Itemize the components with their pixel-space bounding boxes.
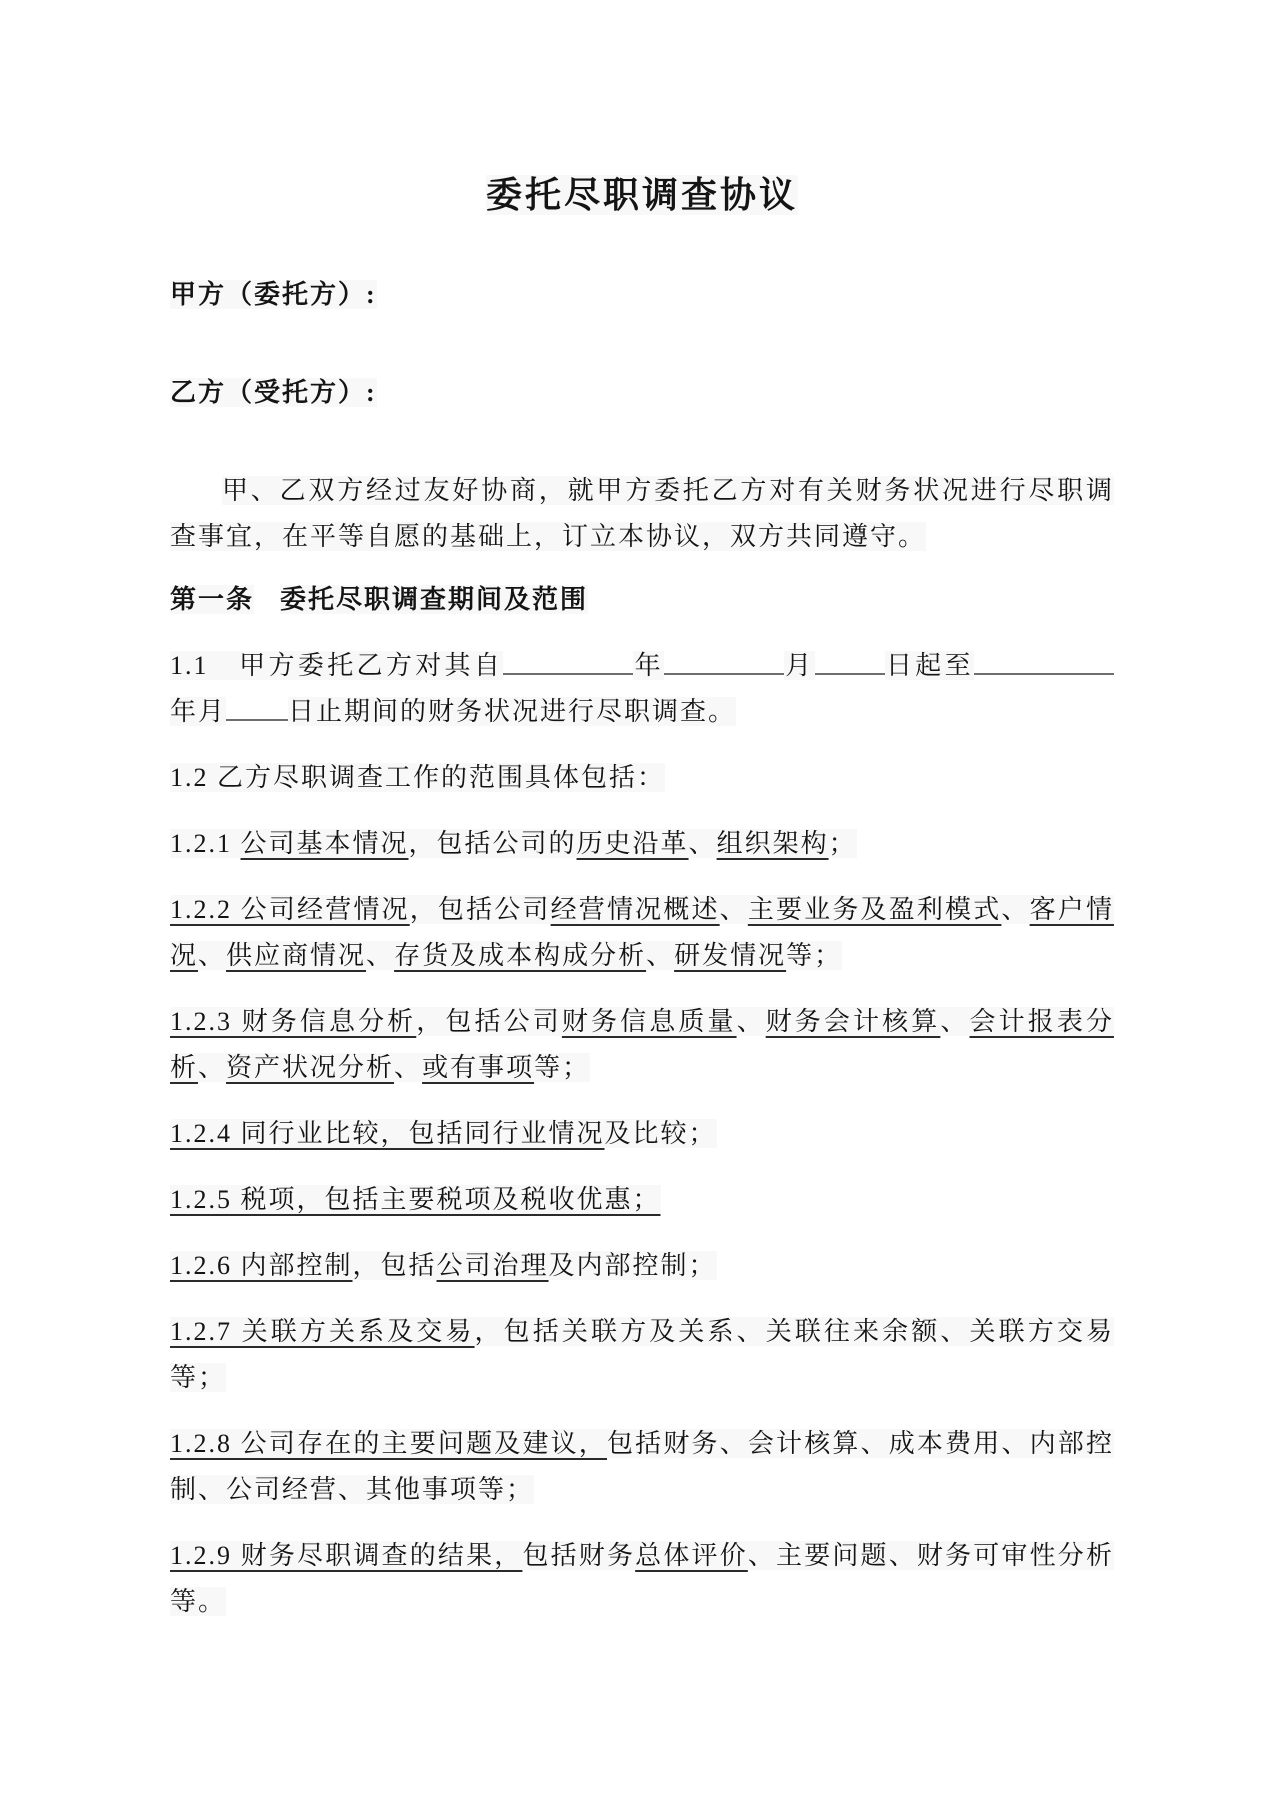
text-run: 、 [720,895,748,924]
underlined-text-run: 财务会计核算 [766,1007,941,1036]
fill-in-blank [226,689,288,721]
text-run: 、 [689,829,717,858]
clause-1-1: 1.1 甲方委托乙方对其自 年 月 日起至 年月 日止期间的财务状况进行尽职调查… [170,643,1114,735]
fill-in-blank [815,643,885,675]
text-run: 月 [784,651,815,680]
text-run: 年 [633,651,664,680]
clause-1-2-2: 1.2.2 公司经营情况，包括公司经营情况概述、主要业务及盈利模式、客户情况、供… [170,887,1114,979]
section-1-heading: 第一条委托尽职调查期间及范围 [170,577,1114,623]
party-b-text: 乙方（受托方）: [170,378,377,407]
text-run: ，包括公司 [416,1007,562,1036]
clause-1-2-9: 1.2.9 财务尽职调查的结果，包括财务总体评价、主要问题、财务可审性分析等。 [170,1533,1114,1625]
text-run: 等； [786,941,842,970]
text-run: 1.1 甲方委托乙方对其自 [170,651,503,680]
text-run: 、 [940,1007,969,1036]
underlined-text-run: 历史沿革 [577,829,689,858]
text-run: 、 [366,941,394,970]
document-page: 委托尽职调查协议 甲方（委托方）: 乙方（受托方）: 甲、乙双方经过友好协商，就… [0,0,1280,1811]
clause-1-2-4: 1.2.4 同行业比较，包括同行业情况及比较； [170,1111,1114,1157]
clause-1-2-6: 1.2.6 内部控制，包括公司治理及内部控制； [170,1243,1114,1289]
underlined-text-run: 1.2.7 关联方关系及交易 [170,1317,475,1346]
text-run: ，包括公司的 [409,829,577,858]
text-run: 等； [534,1053,590,1082]
text-run: 1.2.1 [170,829,241,858]
underlined-text-run: 1.2.4 同行业比较，包括同行业情况 [170,1119,605,1148]
text-run: 年月 [170,697,226,726]
text-run: ，包括公司 [410,895,551,924]
underlined-text-run: 研发情况 [674,941,786,970]
text-run: ； [829,829,857,858]
underlined-text-run: 组织架构 [717,829,829,858]
fill-in-blank [664,643,784,675]
underlined-text-run: 供应商情况 [226,941,366,970]
text-run: 日止期间的财务状况进行尽职调查。 [288,697,736,726]
text-run: ，包括 [353,1251,437,1280]
fill-in-blank [974,643,1114,675]
clause-1-2-3: 1.2.3 财务信息分析，包括公司财务信息质量、财务会计核算、会计报表分析、资产… [170,999,1114,1091]
text-run: 、 [198,941,226,970]
underlined-text-run: 总体评价 [635,1541,748,1570]
underlined-text-run: 资产状况分析 [226,1053,394,1082]
party-a-label: 甲方（委托方）: [170,272,1114,318]
party-a-text: 甲方（委托方）: [170,280,377,309]
text-run: 、 [394,1053,422,1082]
clause-1-2-7: 1.2.7 关联方关系及交易，包括关联方及关系、关联往来余额、关联方交易等； [170,1309,1114,1401]
text-run: 、 [646,941,674,970]
fill-in-blank [503,643,633,675]
underlined-text-run: 1.2.5 税项，包括主要税项及税收优惠； [170,1185,661,1214]
underlined-text-run: 或有事项 [422,1053,534,1082]
underlined-text-run: 1.2.3 财务信息分析 [170,1007,416,1036]
text-run: 、 [198,1053,226,1082]
page-title-text: 委托尽职调查协议 [486,175,798,215]
underlined-text-run: 公司治理 [437,1251,549,1280]
section-1-number: 第一条 [170,585,254,614]
text-run: 、 [1001,895,1029,924]
clause-1-2-intro: 1.2 乙方尽职调查工作的范围具体包括： [170,755,1114,801]
page-title: 委托尽职调查协议 [170,170,1114,220]
underlined-text-run: 1.2.2 公司经营情况 [170,895,410,924]
clause-1-2-intro-text: 1.2 乙方尽职调查工作的范围具体包括： [170,763,665,792]
underlined-text-run: 存货及成本构成分析 [394,941,646,970]
underlined-text-run: 1.2.9 财务尽职调查的结果， [170,1541,522,1570]
preamble-text: 甲、乙双方经过友好协商，就甲方委托乙方对有关财务状况进行尽职调查事宜，在平等自愿… [170,476,1114,551]
party-b-label: 乙方（受托方）: [170,370,1114,416]
text-run: 及比较； [605,1119,717,1148]
underlined-text-run: 经营情况概述 [551,895,720,924]
underlined-text-run: 公司基本情况 [241,829,409,858]
text-run: 日起至 [885,651,974,680]
clause-1-2-8: 1.2.8 公司存在的主要问题及建议，包括财务、会计核算、成本费用、内部控制、公… [170,1421,1114,1513]
underlined-text-run: 财务信息质量 [562,1007,737,1036]
clause-1-2-1: 1.2.1 公司基本情况，包括公司的历史沿革、组织架构； [170,821,1114,867]
clause-1-2-5: 1.2.5 税项，包括主要税项及税收优惠； [170,1177,1114,1223]
underlined-text-run: 1.2.6 内部控制 [170,1251,353,1280]
text-run: 、 [737,1007,766,1036]
underlined-text-run: 主要业务及盈利模式 [748,895,1002,924]
preamble-paragraph: 甲、乙双方经过友好协商，就甲方委托乙方对有关财务状况进行尽职调查事宜，在平等自愿… [170,468,1114,560]
text-run: 及内部控制； [549,1251,717,1280]
text-run: 包括财务 [522,1541,635,1570]
underlined-text-run: 1.2.8 公司存在的主要问题及建议， [170,1429,607,1458]
section-1-title: 委托尽职调查期间及范围 [280,585,588,614]
